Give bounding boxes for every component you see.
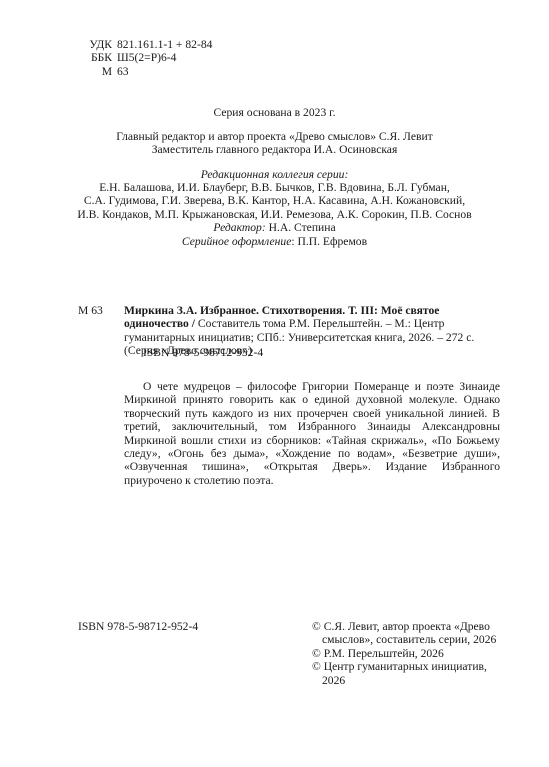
editor-name: Н.А. Степина [269,221,336,234]
udk-value: 821.161.1-1 + 82-84 [117,38,212,51]
design-label: Серийное оформление [182,235,291,248]
footer-isbn: ISBN 978-5-98712-952-4 [78,620,198,633]
series-founded: Серия основана в 2023 г. [0,106,549,119]
chief-editors-block: Главный редактор и автор проекта «Древо … [0,130,549,157]
board-line: С.А. Гудимова, Г.И. Зверева, В.К. Кантор… [0,194,549,207]
bibliography-isbn: ISBN 978-5-98712-952-4 [143,346,263,359]
editorial-board-label: Редакционная коллегия серии: [0,168,549,181]
design-line: Серийное оформление: П.П. Ефремов [0,235,549,248]
classification-block: УДК 821.161.1-1 + 82-84 ББК Ш5(2=Р)6-4 М… [78,38,212,78]
bbk-label: ББК [78,51,112,64]
editor-line: Редактор: Н.А. Степина [0,221,549,234]
annotation: О чете мудрецов – философе Григории Поме… [124,380,500,487]
copyright-line: © С.Я. Левит, автор проекта «Древо смысл… [312,620,512,647]
design-name: : П.П. Ефремов [291,235,367,248]
board-line: И.В. Кондаков, М.П. Крыжановская, И.И. Р… [0,208,549,221]
udk-label: УДК [78,38,112,51]
copyright-block: © С.Я. Левит, автор проекта «Древо смысл… [312,620,512,687]
author-mark-row: М 63 [78,65,212,78]
copyright-line: © Центр гуманитарных инициатив, 2026 [312,660,512,687]
deputy-editor: Заместитель главного редактора И.А. Осин… [0,143,549,156]
copyright-line: © Р.М. Перельштейн, 2026 [312,647,512,660]
bbk-value: Ш5(2=Р)6-4 [117,51,176,64]
editorial-board-names: Е.Н. Балашова, И.И. Блауберг, В.В. Бычко… [0,181,549,221]
chief-editor: Главный редактор и автор проекта «Древо … [0,130,549,143]
bibliography-mark: М 63 [78,304,103,317]
author-mark-value: 63 [117,65,129,78]
editor-label: Редактор: [213,221,265,234]
board-line: Е.Н. Балашова, И.И. Блауберг, В.В. Бычко… [0,181,549,194]
author-mark-label: М [78,65,112,78]
udk-row: УДК 821.161.1-1 + 82-84 [78,38,212,51]
bbk-row: ББК Ш5(2=Р)6-4 [78,51,212,64]
